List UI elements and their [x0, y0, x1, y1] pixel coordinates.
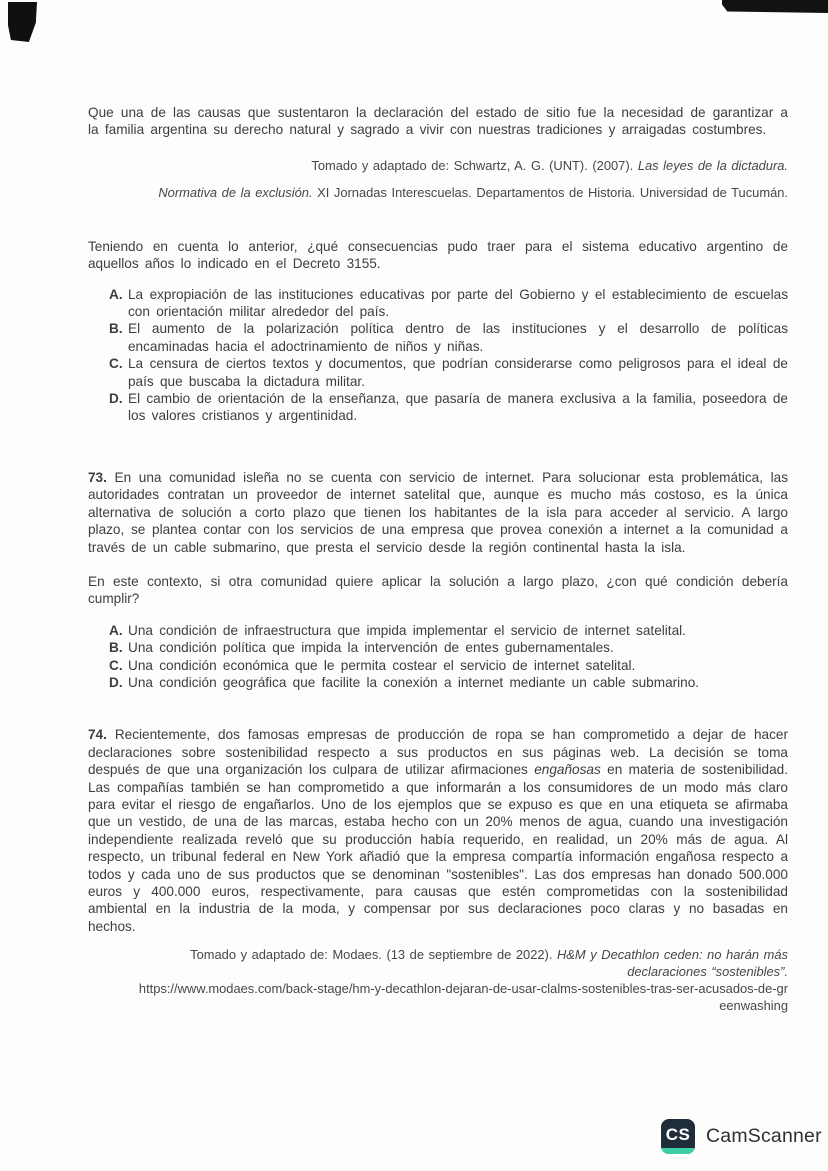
- citation-title-italic: Las leyes de la dictadura.: [638, 158, 788, 173]
- camscanner-logo-cs-icon: CS: [666, 1125, 691, 1145]
- question-72-stem: Teniendo en cuenta lo anterior, ¿qué con…: [88, 238, 788, 273]
- option-letter: B.: [109, 639, 128, 656]
- camscanner-logo-accent: [661, 1148, 695, 1154]
- option-text: La expropiación de las instituciones edu…: [128, 286, 788, 321]
- question-74-context: 74. Recientemente, dos famosas empresas …: [88, 726, 788, 935]
- option-b: B. Una condición política que impida la …: [88, 639, 788, 656]
- option-letter: A.: [109, 286, 128, 321]
- option-c: C. Una condición económica que le permit…: [88, 657, 788, 674]
- citation-line-2: Normativa de la exclusión. XI Jornadas I…: [88, 185, 788, 201]
- citation-url-line-1: https://www.modaes.com/back-stage/hm-y-d…: [88, 980, 788, 997]
- question-73-context-text: En una comunidad isleña no se cuenta con…: [88, 470, 788, 555]
- option-d: D. Una condición geográfica que facilite…: [88, 674, 788, 691]
- option-text: Una condición geográfica que facilite la…: [128, 674, 788, 691]
- option-c: C. La censura de ciertos textos y docume…: [88, 355, 788, 390]
- citation-schwartz: Tomado y adaptado de: Schwartz, A. G. (U…: [88, 158, 788, 201]
- option-text: Una condición de infraestructura que imp…: [128, 622, 788, 639]
- option-text: La censura de ciertos textos y documento…: [128, 355, 788, 390]
- citation-text: Tomado y adaptado de: Schwartz, A. G. (U…: [311, 158, 637, 173]
- citation-text: Tomado y adaptado de: Modaes. (13 de sep…: [190, 947, 557, 962]
- option-b: B. El aumento de la polarización polític…: [88, 320, 788, 355]
- option-letter: D.: [109, 390, 128, 425]
- option-text: El cambio de orientación de la enseñanza…: [128, 390, 788, 425]
- question-74-text-2: en materia de sostenibilidad. Las compañ…: [88, 762, 788, 934]
- option-letter: D.: [109, 674, 128, 691]
- question-73-context: 73. En una comunidad isleña no se cuenta…: [88, 469, 788, 556]
- citation-line-1: Tomado y adaptado de: Modaes. (13 de sep…: [88, 946, 788, 963]
- question-72-options: A. La expropiación de las instituciones …: [88, 286, 788, 425]
- option-letter: C.: [109, 355, 128, 390]
- option-text: Una condición política que impida la int…: [128, 639, 788, 656]
- option-letter: A.: [109, 622, 128, 639]
- citation-title-italic: H&M y Decathlon ceden: no harán más: [557, 947, 788, 962]
- citation-title-italic: Normativa de la exclusión.: [158, 185, 312, 200]
- scanned-document-page: Que una de las causas que sustentaron la…: [0, 0, 828, 1171]
- option-d: D. El cambio de orientación de la enseña…: [88, 390, 788, 425]
- option-text: El aumento de la polarización política d…: [128, 320, 788, 355]
- scan-artifact-top-left: [8, 2, 37, 42]
- question-73-stem: En este contexto, si otra comunidad quie…: [88, 573, 788, 608]
- question-73-options: A. Una condición de infraestructura que …: [88, 622, 788, 692]
- citation-title-italic: declaraciones “sostenibles”.: [627, 964, 788, 979]
- passage-paragraph: Que una de las causas que sustentaron la…: [88, 104, 788, 139]
- question-74-italic-word: engañosas: [534, 762, 601, 777]
- camscanner-logo: CS: [661, 1119, 695, 1154]
- citation-line-2: declaraciones “sostenibles”.: [88, 963, 788, 980]
- citation-modaes: Tomado y adaptado de: Modaes. (13 de sep…: [88, 946, 788, 1014]
- citation-url: eenwashing: [719, 998, 788, 1013]
- option-letter: C.: [109, 657, 128, 674]
- option-a: A. Una condición de infraestructura que …: [88, 622, 788, 639]
- question-74-number: 74.: [88, 727, 107, 742]
- camscanner-brand-text: CamScanner: [706, 1125, 822, 1148]
- scan-artifact-top-right: [722, 0, 828, 13]
- option-text: Una condición económica que le permita c…: [128, 657, 788, 674]
- question-73-number: 73.: [88, 470, 107, 485]
- citation-url: https://www.modaes.com/back-stage/hm-y-d…: [139, 981, 788, 996]
- citation-text: XI Jornadas Interescuelas. Departamentos…: [313, 185, 788, 200]
- citation-url-line-2: eenwashing: [88, 997, 788, 1014]
- option-a: A. La expropiación de las instituciones …: [88, 286, 788, 321]
- option-letter: B.: [109, 320, 128, 355]
- document-content: Que una de las causas que sustentaron la…: [88, 104, 788, 1014]
- citation-line-1: Tomado y adaptado de: Schwartz, A. G. (U…: [88, 158, 788, 174]
- camscanner-watermark: CS CamScanner: [661, 1119, 822, 1154]
